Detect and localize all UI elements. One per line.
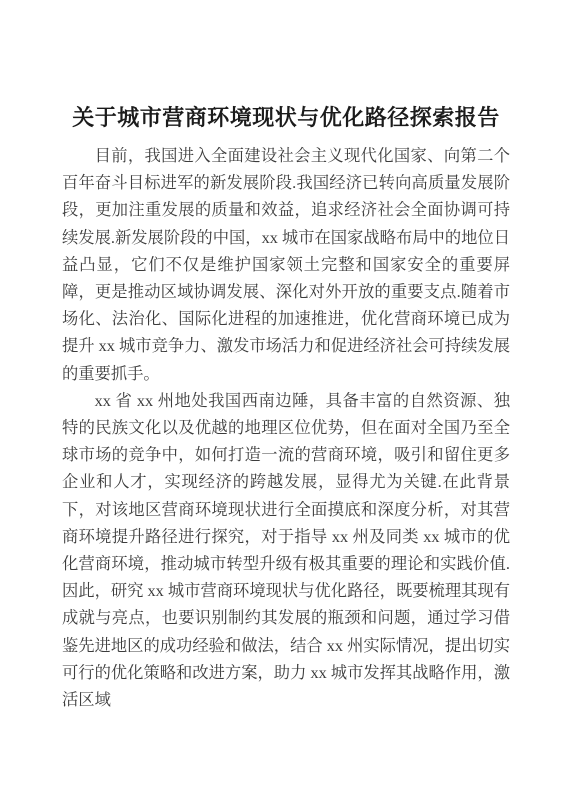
document-page: 关于城市营商环境现状与优化路径探索报告 目前，我国进入全面建设社会主义现代化国家… [0,0,570,807]
paragraph-intro: 目前，我国进入全面建设社会主义现代化国家、向第二个百年奋斗目标进军的新发展阶段.… [62,142,510,387]
document-title: 关于城市营商环境现状与优化路径探索报告 [62,101,510,135]
paragraph-background: xx 省 xx 州地处我国西南边陲，具备丰富的自然资源、独特的民族文化以及优越的… [62,387,510,713]
